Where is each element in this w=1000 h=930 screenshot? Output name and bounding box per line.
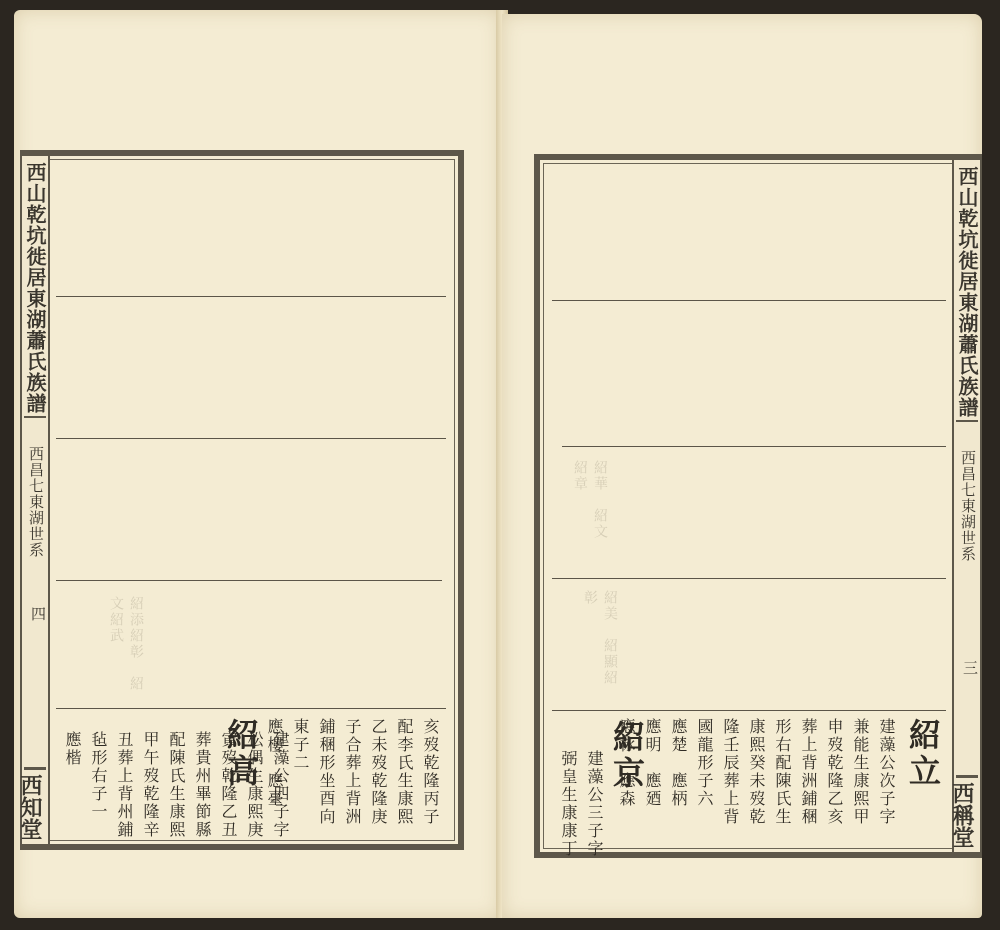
entry-text: 弼皇生康康丁: [558, 750, 578, 858]
entry-text: 東子二: [290, 718, 310, 826]
genealogy-entry-shaoli: 紹立 建藻公次子字 兼能生康熙甲 申歿乾隆乙亥 葬上背洲鋪稛 形右配陳氏生 康熙…: [616, 718, 940, 826]
right-page-frame: 西山乾坑徙居東湖蕭氏族譜 西昌七東湖世系 三 西稱堂 紹華 紹文紹章 紹美 紹顯…: [534, 154, 982, 858]
genealogy-entry-shaojing: 紹京 建藻公三子字 弼皇生康康丁: [558, 720, 644, 858]
entry-text: 亥歿乾隆丙子: [420, 718, 440, 826]
entry-text: 應楷: [62, 731, 82, 839]
entry-text: 乙未歿乾隆庚: [368, 718, 388, 826]
page-number: 四: [28, 606, 49, 621]
entry-text: 葬貴州畢節縣: [192, 731, 212, 839]
entry-text: 丑葬上背州鋪: [114, 731, 134, 839]
row-divider: [552, 710, 946, 711]
entry-text: 申歿乾隆乙亥: [824, 718, 844, 826]
book-title: 西山乾坑徙居東湖蕭氏族譜: [956, 166, 978, 422]
row-divider: [552, 578, 946, 579]
section-title: 西昌七東湖世系: [26, 446, 47, 558]
entry-text: 建藻公三子字: [584, 750, 604, 858]
right-page: 西山乾坑徙居東湖蕭氏族譜 西昌七東湖世系 三 西稱堂 紹華 紹文紹章 紹美 紹顯…: [502, 14, 982, 918]
entry-text: 隆壬辰葬上背: [720, 718, 740, 826]
entry-text: 配陳氏生康熙: [166, 731, 186, 839]
row-divider: [562, 446, 946, 447]
left-page-frame: 西山乾坑徙居東湖蕭氏族譜 西昌七東湖世系 四 西知堂 紹添紹彰 紹文紹武 亥歿乾…: [20, 150, 464, 850]
row-divider: [56, 296, 446, 297]
left-spine: 西山乾坑徙居東湖蕭氏族譜 西昌七東湖世系 四 西知堂: [20, 156, 50, 844]
entry-text: 建藻公次子字: [876, 718, 896, 826]
row-divider: [56, 708, 446, 709]
page-number: 三: [960, 660, 981, 675]
entry-text: 松偶生康熙庚: [244, 731, 264, 839]
entry-text: 葬上背洲鋪稛: [798, 718, 818, 826]
entry-text: 鋪稛形坐酉向: [316, 718, 336, 826]
entry-text: 應楚 應柄: [668, 718, 688, 826]
genealogy-entry-second: 建藻公四子字 松偶生康熙庚 寅歿乾隆乙丑 葬貴州畢節縣 配陳氏生康熙 甲午歿乾隆…: [62, 731, 290, 839]
entry-text: 形右配陳氏生: [772, 718, 792, 826]
row-divider: [552, 300, 946, 301]
section-title: 西昌七東湖世系: [958, 450, 979, 562]
entry-text: 國龍形子六: [694, 718, 714, 826]
left-page: 西山乾坑徙居東湖蕭氏族譜 西昌七東湖世系 四 西知堂 紹添紹彰 紹文紹武 亥歿乾…: [14, 10, 500, 918]
entry-text: 兼能生康熙甲: [850, 718, 870, 826]
hall-name: 西知堂: [24, 767, 46, 840]
row-divider: [56, 580, 442, 581]
entry-text: 寅歿乾隆乙丑: [218, 731, 238, 839]
book-title: 西山乾坑徙居東湖蕭氏族譜: [24, 162, 46, 418]
entry-text: 甲午歿乾隆辛: [140, 731, 160, 839]
person-name: 紹京: [610, 720, 644, 858]
entry-text: 建藻公四子字: [270, 731, 290, 839]
entry-text: 子合葬上背洲: [342, 718, 362, 826]
entry-text: 毡形右子一: [88, 731, 108, 839]
hall-name: 西稱堂: [956, 775, 978, 848]
entry-text: 康熙癸未歿乾: [746, 718, 766, 826]
person-name: 紹立: [906, 718, 940, 826]
row-divider: [56, 438, 446, 439]
entry-text: 配李氏生康熙: [394, 718, 414, 826]
right-spine: 西山乾坑徙居東湖蕭氏族譜 西昌七東湖世系 三 西稱堂: [952, 160, 982, 852]
